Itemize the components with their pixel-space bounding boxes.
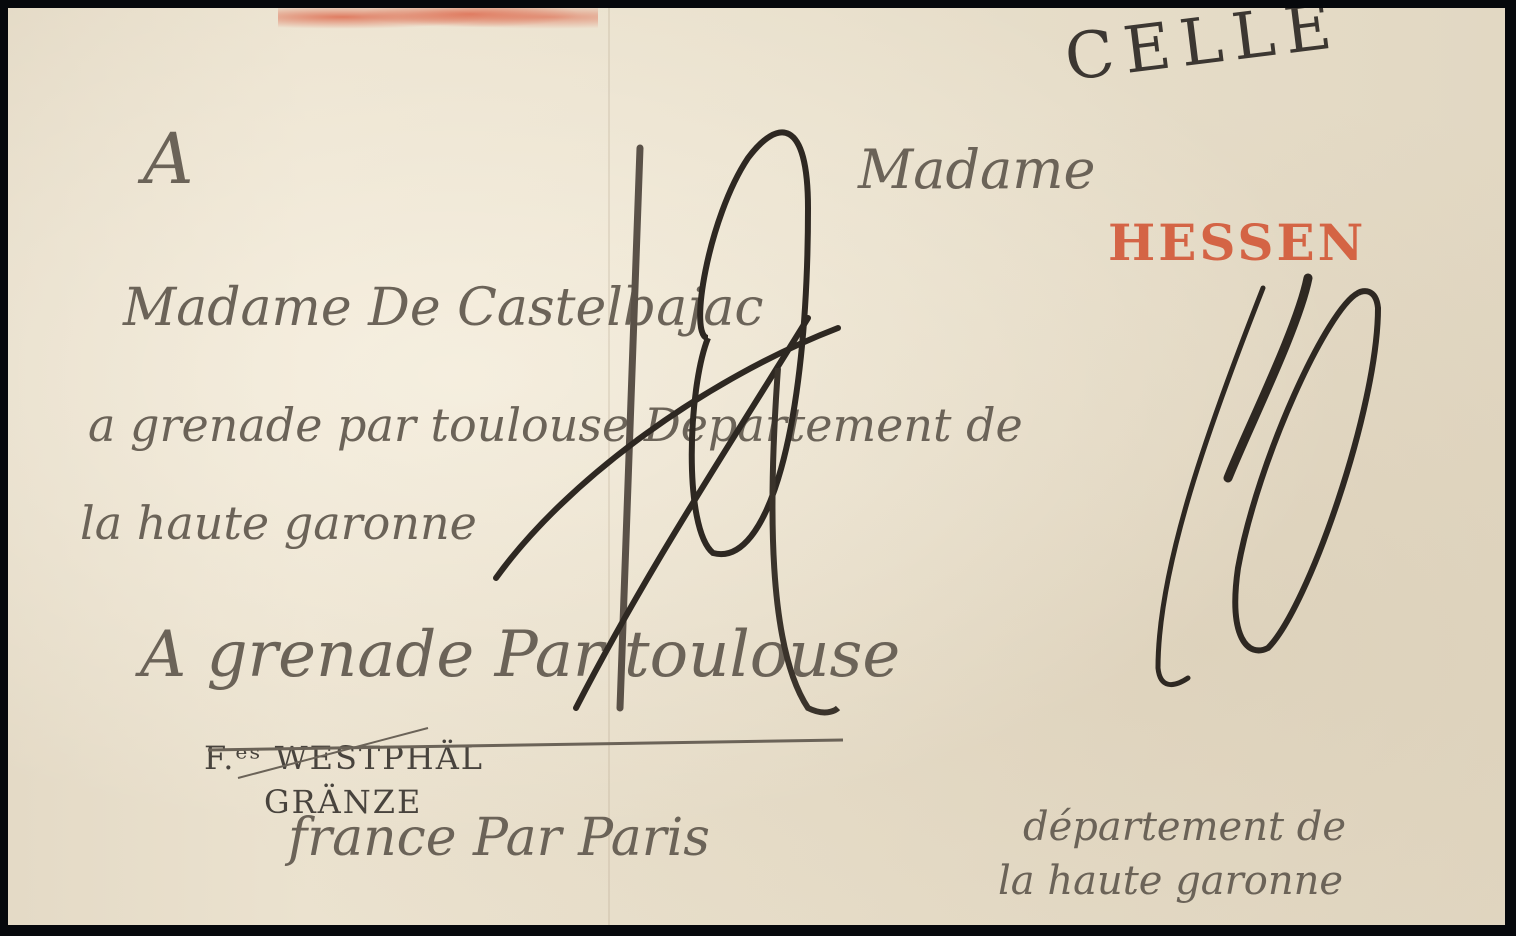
letter-cover: CELLE HESSEN F.ᵉˢ WESTPHÄL GRÄNZE A Mada… xyxy=(8,8,1505,925)
photo-border: CELLE HESSEN F.ᵉˢ WESTPHÄL GRÄNZE A Mada… xyxy=(0,0,1516,936)
manuscript-rate-strokes xyxy=(8,8,1505,925)
